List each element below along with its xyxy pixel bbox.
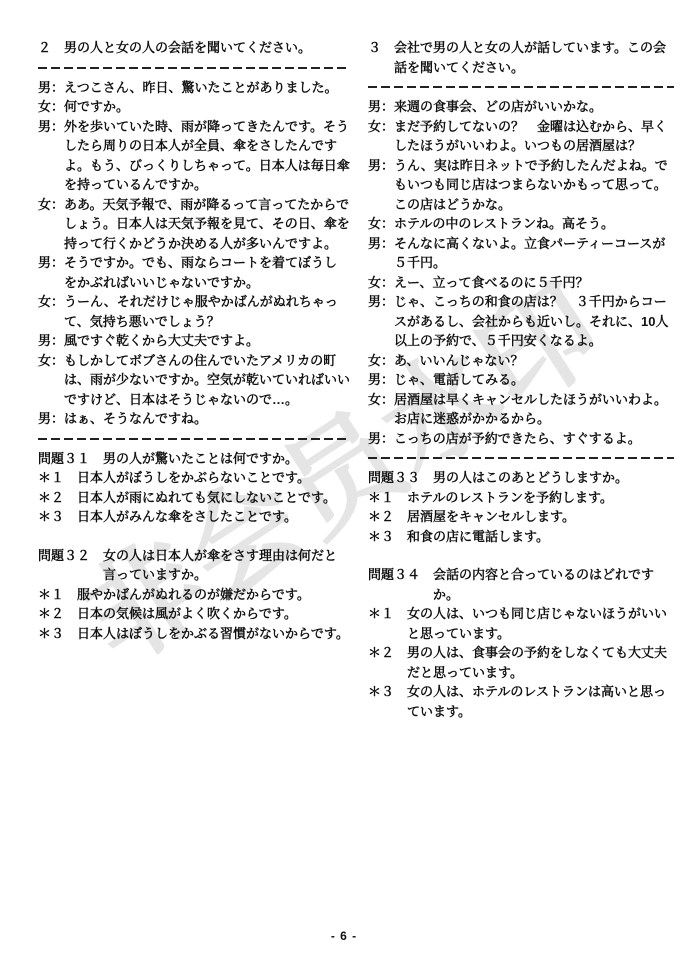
speaker-label: 女： [368,275,394,290]
speaker-label: 女： [38,197,64,212]
question-33: 問題３３男の人はこのあとどうしますか。 ＊１ホテルのレストランを予約します。 ＊… [368,468,674,546]
dialogue-text: そんなに高くないよ。立食パーティーコースが５千円。 [394,236,665,271]
dashed-separator [368,86,674,88]
answer-option: ＊２居酒屋をキャンセルします。 [368,507,674,527]
option-marker: ＊３ [38,626,64,641]
answer-option: ＊２日本の気候は風がよく吹くからです。 [38,604,350,624]
speaker-label: 男： [368,236,394,251]
dialogue-line: 男：そうですか。でも、雨ならコートを着てぼうしをかぶればいいじゃないですか。 [38,253,350,292]
question-32: 問題３２女の人は日本人が傘をさす理由は何だと言っていますか。 ＊１服やかばんがぬ… [38,546,350,644]
question-text: 男の人が驚いたことは何ですか。 [103,451,298,466]
dialogue-text: じゃ、こっちの和食の店は？ ３千円からコースがあるし、会社からも近いし。それに、… [394,294,668,348]
answer-option: ＊１ホテルのレストランを予約します。 [368,488,674,508]
option-marker: ＊２ [368,645,394,660]
option-text: 日本人がみんな傘をさしたことです。 [77,509,297,524]
speaker-label: 男： [368,372,394,387]
speaker-label: 女： [38,353,64,368]
dialogue-text: 風ですぐ乾くから大丈夫ですよ。 [64,333,259,348]
questions-block: 問題３１男の人が驚いたことは何ですか。 ＊１日本人がぼうしをかぶらないことです。… [38,449,350,644]
option-marker: ＊３ [368,529,394,544]
dialogue-line: 女：ホテルの中のレストランね。高そう。 [368,214,674,234]
option-marker: ＊１ [38,587,64,602]
answer-option: ＊２日本人が雨にぬれても気にしないことです。 [38,488,350,508]
column-left: ２男の人と女の人の会話を聞いてください。 男：えつこさん、昨日、驚いたことがあり… [38,38,350,643]
dialogue-line: 男：そんなに高くないよ。立食パーティーコースが５千円。 [368,234,674,273]
dialogue-line: 女：えー、立って食べるのに５千円？ [368,273,674,293]
page-number: - 6 - [0,927,688,947]
dialogue-line: 男：こっちの店が予約できたら、すぐするよ。 [368,429,674,449]
dialogue-line: 男：じゃ、こっちの和食の店は？ ３千円からコースがあるし、会社からも近いし。それ… [368,292,674,351]
dialogue-line: 男：来週の食事会、どの店がいいかな。 [368,97,674,117]
speaker-label: 男： [38,119,64,134]
dialogue-text: こっちの店が予約できたら、すぐするよ。 [394,431,641,446]
option-text: ホテルのレストランを予約します。 [407,490,613,505]
option-text: 女の人は、ホテルのレストランは高いと思っています。 [407,684,666,719]
dialogue-text: あ、いいんじゃない？ [394,353,523,368]
dashed-separator [38,438,350,440]
option-marker: ＊３ [368,684,394,699]
option-text: 女の人は、いつも同じ店じゃないほうがいいと思っています。 [407,606,667,641]
section-title: 会社で男の人と女の人が話しています。この会話を聞いてください。 [394,40,666,75]
column-right: ３会社で男の人と女の人が話しています。この会話を聞いてください。 男：来週の食事… [368,38,674,721]
option-marker: ＊１ [368,606,394,621]
speaker-label: 男： [38,333,64,348]
answer-option: ＊３女の人は、ホテルのレストランは高いと思っています。 [368,682,674,721]
answer-option: ＊３日本人はぼうしをかぶる習慣がないからです。 [38,624,350,644]
dialogue-text: えー、立って食べるのに５千円？ [394,275,588,290]
option-marker: ＊２ [38,490,64,505]
dialogue-line: 男：じゃ、電話してみる。 [368,370,674,390]
dialogue-text: 外を歩いていた時、雨が降ってきたんです。そうしたら周りの日本人が全員、傘をさした… [64,119,350,193]
question-title: 問題３３男の人はこのあとどうしますか。 [368,468,674,488]
option-text: 日本人はぼうしをかぶる習慣がないからです。 [77,626,349,641]
speaker-label: 男： [38,411,64,426]
dialogue-line: 男：うん、実は昨日ネットで予約したんだよね。でもいつも同じ店はつまらないかもって… [368,156,674,215]
option-text: 居酒屋をキャンセルします。 [407,509,575,524]
dialogue-text: そうですか。でも、雨ならコートを着てぼうしをかぶればいいじゃないですか。 [64,255,337,290]
section-header: ２男の人と女の人の会話を聞いてください。 [38,38,350,58]
document-page: 非会员水印 ２男の人と女の人の会話を聞いてください。 男：えつこさん、昨日、驚い… [0,0,688,971]
questions-block: 問題３３男の人はこのあとどうしますか。 ＊１ホテルのレストランを予約します。 ＊… [368,468,674,721]
speaker-label: 男： [38,80,64,95]
option-text: 男の人は、食事会の予約をしなくても大丈夫だと思っています。 [407,645,667,680]
dialogue-text: 何ですか。 [64,99,129,114]
dialogue-line: 女：もしかしてボブさんの住んでいたアメリカの町は、雨が少ないですか。空気が乾いて… [38,351,350,410]
dialogue-block: 男：えつこさん、昨日、驚いたことがありました。 女：何ですか。 男：外を歩いてい… [38,78,350,429]
dialogue-text: 居酒屋は早くキャンセルしたほうがいいわよ。お店に迷惑がかかるから。 [394,392,667,427]
dialogue-text: えつこさん、昨日、驚いたことがありました。 [64,80,338,95]
dialogue-text: うーん、それだけじゃ服やかばんがぬれちゃって、気持ち悪いでしょう？ [64,294,338,329]
dialogue-line: 女：うーん、それだけじゃ服やかばんがぬれちゃって、気持ち悪いでしょう？ [38,292,350,331]
question-title: 問題３４会話の内容と合っているのはどれですか。 [368,565,674,604]
answer-option: ＊１服やかばんがぬれるのが嫌だからです。 [38,585,350,605]
option-text: 日本人がぼうしをかぶらないことです。 [77,470,310,485]
option-marker: ＊２ [38,606,64,621]
option-text: 和食の店に電話します。 [407,529,549,544]
question-label: 問題３４ [368,567,420,582]
option-marker: ＊３ [38,509,64,524]
question-title: 問題３２女の人は日本人が傘をさす理由は何だと言っていますか。 [38,546,350,585]
answer-option: ＊３和食の店に電話します。 [368,527,674,547]
speaker-label: 男： [368,99,394,114]
question-34: 問題３４会話の内容と合っているのはどれですか。 ＊１女の人は、いつも同じ店じゃな… [368,565,674,721]
question-31: 問題３１男の人が驚いたことは何ですか。 ＊１日本人がぼうしをかぶらないことです。… [38,449,350,527]
question-label: 問題３２ [38,548,90,563]
dialogue-block: 男：来週の食事会、どの店がいいかな。 女：まだ予約してないの？ 金曜は込むから、… [368,97,674,448]
speaker-label: 女： [368,119,394,134]
dialogue-text: ああ。天気予報で、雨が降るって言ってたからでしょう。日本人は天気予報を見て、その… [64,197,350,251]
answer-option: ＊２男の人は、食事会の予約をしなくても大丈夫だと思っています。 [368,643,674,682]
dialogue-text: まだ予約してないの？ 金曜は込むから、早くしたほうがいいわよ。いつもの居酒屋は？ [394,119,667,154]
speaker-label: 男： [368,158,394,173]
dialogue-line: 男：えつこさん、昨日、驚いたことがありました。 [38,78,350,98]
option-text: 日本の気候は風がよく吹くからです。 [77,606,297,621]
speaker-label: 男： [38,255,64,270]
question-label: 問題３１ [38,451,90,466]
option-marker: ＊１ [368,490,394,505]
section-number: ３ [368,40,381,55]
dialogue-line: 女：何ですか。 [38,97,350,117]
dialogue-line: 女：まだ予約してないの？ 金曜は込むから、早くしたほうがいいわよ。いつもの居酒屋… [368,117,674,156]
dialogue-text: うん、実は昨日ネットで予約したんだよね。でもいつも同じ店はつまらないかもって思っ… [394,158,668,212]
dialogue-text: はぁ、そうなんですね。 [64,411,207,426]
dashed-separator [38,67,350,69]
dialogue-line: 女：あ、いいんじゃない？ [368,351,674,371]
answer-option: ＊３日本人がみんな傘をさしたことです。 [38,507,350,527]
speaker-label: 女： [368,353,394,368]
speaker-label: 女： [38,294,64,309]
dialogue-line: 女：居酒屋は早くキャンセルしたほうがいいわよ。お店に迷惑がかかるから。 [368,390,674,429]
dialogue-line: 男：外を歩いていた時、雨が降ってきたんです。そうしたら周りの日本人が全員、傘をさ… [38,117,350,195]
question-text: 女の人は日本人が傘をさす理由は何だと言っていますか。 [103,548,337,583]
speaker-label: 男： [368,431,394,446]
section-title: 男の人と女の人の会話を聞いてください。 [64,40,311,55]
speaker-label: 女： [38,99,64,114]
speaker-label: 女： [368,216,394,231]
option-text: 日本人が雨にぬれても気にしないことです。 [77,490,336,505]
question-text: 男の人はこのあとどうしますか。 [433,470,628,485]
section-header: ３会社で男の人と女の人が話しています。この会話を聞いてください。 [368,38,674,77]
dashed-separator [368,457,674,459]
dialogue-text: もしかしてボブさんの住んでいたアメリカの町は、雨が少ないですか。空気が乾いていれ… [64,353,350,407]
speaker-label: 男： [368,294,394,309]
dialogue-line: 男：はぁ、そうなんですね。 [38,409,350,429]
answer-option: ＊１女の人は、いつも同じ店じゃないほうがいいと思っています。 [368,604,674,643]
dialogue-text: 来週の食事会、どの店がいいかな。 [394,99,602,114]
question-text: 会話の内容と合っているのはどれですか。 [433,567,654,602]
option-marker: ＊１ [38,470,64,485]
dialogue-text: ホテルの中のレストランね。高そう。 [394,216,614,231]
dialogue-text: じゃ、電話してみる。 [394,372,524,387]
dialogue-line: 男：風ですぐ乾くから大丈夫ですよ。 [38,331,350,351]
dialogue-line: 女：ああ。天気予報で、雨が降るって言ってたからでしょう。日本人は天気予報を見て、… [38,195,350,254]
question-title: 問題３１男の人が驚いたことは何ですか。 [38,449,350,469]
answer-option: ＊１日本人がぼうしをかぶらないことです。 [38,468,350,488]
speaker-label: 女： [368,392,394,407]
option-marker: ＊２ [368,509,394,524]
option-text: 服やかばんがぬれるのが嫌だからです。 [77,587,310,602]
section-number: ２ [38,40,51,55]
question-label: 問題３３ [368,470,420,485]
